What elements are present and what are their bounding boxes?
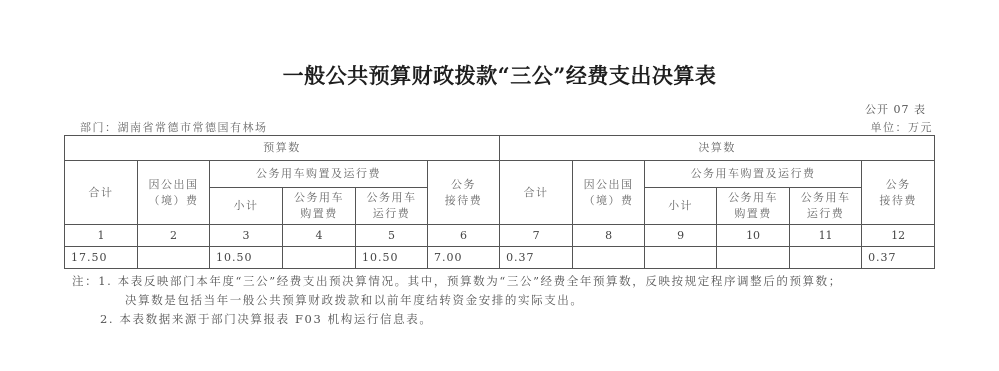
abroad-header-line1: 因公出国: [138, 177, 209, 193]
column-number: 12: [862, 225, 935, 247]
three-public-expenses-table: 预算数 决算数 合计 因公出国 （境）费 公务用车购置及运行费 公务 接待费 合…: [64, 135, 935, 269]
purchase-header-line2: 购置费: [717, 206, 789, 222]
budget-abroad-value: [138, 247, 210, 269]
budget-reception-value: 7.00: [428, 247, 500, 269]
note-1-line-2: 决算数是包括当年一般公共预算财政拨款和以前年度结转资金安排的实际支出。: [72, 291, 842, 310]
budget-total-header: 合计: [65, 161, 138, 225]
column-number: 7: [500, 225, 573, 247]
final-abroad-header: 因公出国 （境）费: [573, 161, 645, 225]
column-number: 3: [210, 225, 283, 247]
final-total-header: 合计: [500, 161, 573, 225]
table-notes: 注：1. 本表反映部门本年度“三公”经费支出预决算情况。其中，预算数为“三公”经…: [72, 272, 842, 329]
final-subtotal-value: [645, 247, 717, 269]
reception-header-line1: 公务: [862, 177, 934, 193]
operation-header-line2: 运行费: [790, 206, 861, 222]
budget-abroad-header: 因公出国 （境）费: [138, 161, 210, 225]
abroad-header-line2: （境）费: [138, 193, 209, 209]
column-number: 2: [138, 225, 210, 247]
final-vehicle-operation-value: [790, 247, 862, 269]
final-vehicle-purchase-value: [717, 247, 790, 269]
note-1-line-1: 注：1. 本表反映部门本年度“三公”经费支出预决算情况。其中，预算数为“三公”经…: [72, 272, 842, 291]
operation-header-line1: 公务用车: [790, 190, 861, 206]
operation-header-line2: 运行费: [356, 206, 427, 222]
notes-prefix: 注：: [72, 274, 98, 288]
purchase-header-line1: 公务用车: [283, 190, 355, 206]
note-1-text: 1. 本表反映部门本年度“三公”经费支出预决算情况。其中，预算数为“三公”经费全…: [98, 274, 842, 288]
column-number: 11: [790, 225, 862, 247]
unit-label: 单位：万元: [871, 119, 934, 135]
final-subtotal-header: 小计: [645, 188, 717, 225]
column-number: 6: [428, 225, 500, 247]
final-reception-value: 0.37: [862, 247, 935, 269]
budget-reception-header: 公务 接待费: [428, 161, 500, 225]
budget-total-value: 17.50: [65, 247, 138, 269]
reception-header-line1: 公务: [428, 177, 499, 193]
column-number: 5: [356, 225, 428, 247]
data-row: 17.50 10.50 10.50 7.00 0.37 0.37: [65, 247, 935, 269]
group-header-row: 预算数 决算数: [65, 136, 935, 161]
final-group-header: 决算数: [500, 136, 935, 161]
budget-vehicle-purchase-value: [283, 247, 356, 269]
budget-vehicle-operation-value: 10.50: [356, 247, 428, 269]
column-number: 10: [717, 225, 790, 247]
budget-vehicle-purchase-header: 公务用车 购置费: [283, 188, 356, 225]
table-number: 公开 07 表: [865, 101, 926, 117]
abroad-header-line2: （境）费: [573, 193, 644, 209]
budget-group-header: 预算数: [65, 136, 500, 161]
budget-subtotal-value: 10.50: [210, 247, 283, 269]
column-header-row-1: 合计 因公出国 （境）费 公务用车购置及运行费 公务 接待费 合计 因公出国 （…: [65, 161, 935, 188]
column-number: 8: [573, 225, 645, 247]
final-abroad-value: [573, 247, 645, 269]
final-vehicle-group-header: 公务用车购置及运行费: [645, 161, 862, 188]
page-title: 一般公共预算财政拨款“三公”经费支出决算表: [0, 60, 999, 90]
operation-header-line1: 公务用车: [356, 190, 427, 206]
abroad-header-line1: 因公出国: [573, 177, 644, 193]
final-vehicle-purchase-header: 公务用车 购置费: [717, 188, 790, 225]
budget-vehicle-operation-header: 公务用车 运行费: [356, 188, 428, 225]
final-total-value: 0.37: [500, 247, 573, 269]
column-number-row: 1 2 3 4 5 6 7 8 9 10 11 12: [65, 225, 935, 247]
final-reception-header: 公务 接待费: [862, 161, 935, 225]
column-number: 4: [283, 225, 356, 247]
reception-header-line2: 接待费: [428, 193, 499, 209]
department-label: 部门：湖南省常德市常德国有林场: [80, 119, 268, 135]
purchase-header-line2: 购置费: [283, 206, 355, 222]
reception-header-line2: 接待费: [862, 193, 934, 209]
note-2: 2. 本表数据来源于部门决算报表 F03 机构运行信息表。: [72, 310, 842, 329]
budget-subtotal-header: 小计: [210, 188, 283, 225]
column-number: 9: [645, 225, 717, 247]
purchase-header-line1: 公务用车: [717, 190, 789, 206]
budget-vehicle-group-header: 公务用车购置及运行费: [210, 161, 428, 188]
column-number: 1: [65, 225, 138, 247]
final-vehicle-operation-header: 公务用车 运行费: [790, 188, 862, 225]
